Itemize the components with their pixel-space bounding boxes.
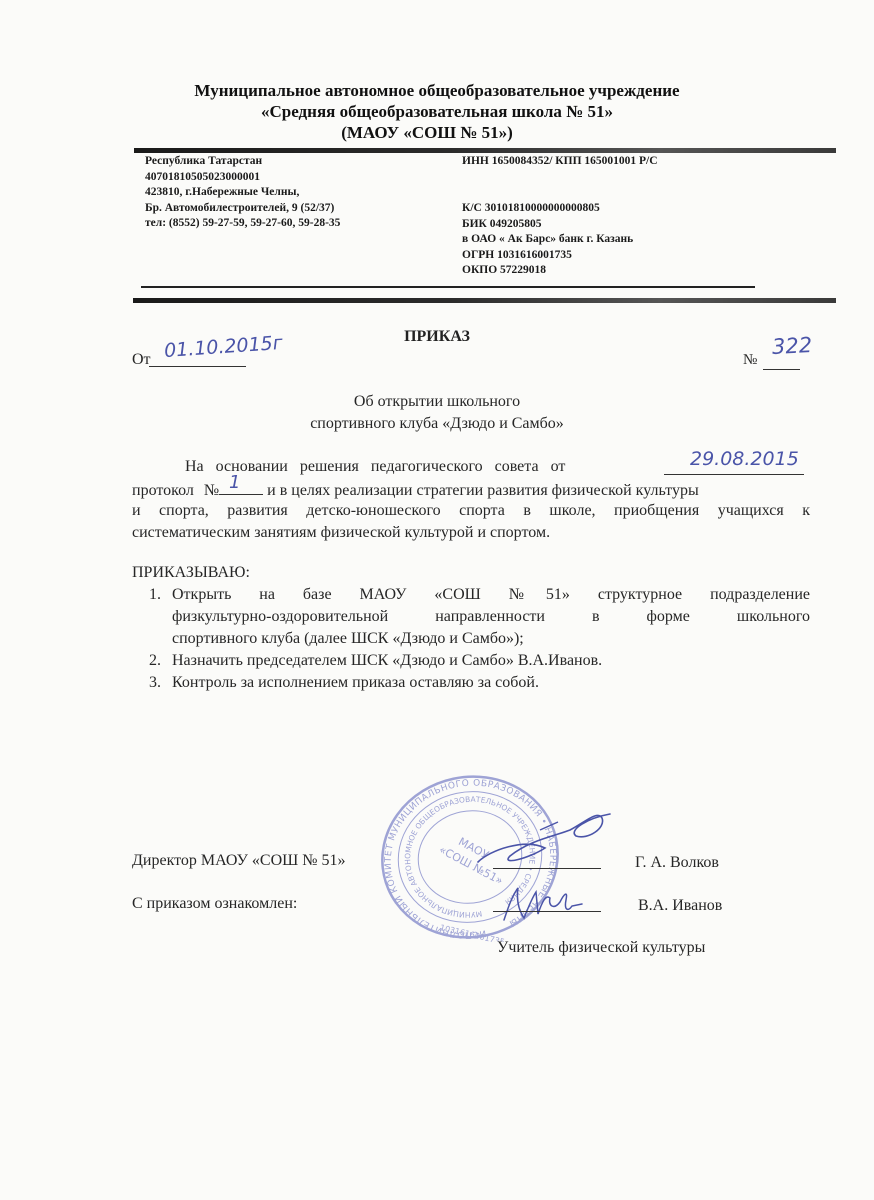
director-signature-icon xyxy=(470,800,620,875)
bik: БИК 049205805 xyxy=(462,217,633,233)
protocol-number-underline xyxy=(219,478,263,495)
director-label: Директор МАОУ «СОШ № 51» xyxy=(132,850,346,872)
org-name-line1: Муниципальное автономное общеобразовател… xyxy=(0,81,874,100)
order-subject-line1: Об открытии школьного xyxy=(0,391,874,413)
order-number-label: № xyxy=(743,349,757,371)
org-name-line2: «Средняя общеобразовательная школа № 51» xyxy=(0,102,874,121)
order-title: ПРИКАЗ xyxy=(0,328,874,346)
director-signature-line xyxy=(493,868,601,869)
letterhead-thin-rule xyxy=(141,286,755,288)
protocol-number-handwritten: 1 xyxy=(229,472,240,493)
order-date-underline xyxy=(149,366,246,367)
decree-item-1: 1. Открыть на базе МАОУ «СОШ №51» структ… xyxy=(132,584,810,650)
director-name: Г. А. Волков xyxy=(635,852,719,874)
decree-list: 1. Открыть на базе МАОУ «СОШ №51» структ… xyxy=(132,584,810,694)
org-name-line3: (МАОУ «СОШ № 51») xyxy=(0,123,864,142)
requisites-inn: ИНН 1650084352/ КПП 165001001 Р/С xyxy=(462,154,658,170)
okpo: ОКПО 57229018 xyxy=(462,263,633,279)
decree-heading: ПРИКАЗЫВАЮ: xyxy=(132,562,250,584)
postal-city: 423810, г.Набережные Челны, xyxy=(145,185,340,201)
street-address: Бр. Автомобилестроителей, 9 (52/37) xyxy=(145,201,340,217)
order-date-label: От xyxy=(132,349,151,371)
order-number-handwritten: 322 xyxy=(771,333,812,359)
ogrn: ОГРН 1031616001735 xyxy=(462,248,633,264)
order-number-underline xyxy=(763,369,800,370)
council-date-handwritten: 29.08.2015 xyxy=(690,448,799,470)
decree-item-3: 3. Контроль за исполнением приказа остав… xyxy=(132,672,810,694)
bank-name: в ОАО « Ак Барс» банк г. Казань xyxy=(462,232,633,248)
preamble-line3: и спорта, развития детско-юношеского спо… xyxy=(132,500,810,522)
region: Республика Татарстан xyxy=(145,154,340,170)
employee-signature-icon xyxy=(498,880,588,925)
requisites-left: Республика Татарстан 4070181050502300000… xyxy=(145,154,340,232)
letterhead-bottom-rule xyxy=(133,298,836,303)
phones: тел: (8552) 59-27-59, 59-27-60, 59-28-35 xyxy=(145,216,340,232)
preamble-part1: На основании решения педагогического сов… xyxy=(185,456,565,478)
acquainted-name: В.А. Иванов xyxy=(638,895,722,917)
requisites-right: К/С 30101810000000000805 БИК 049205805 в… xyxy=(462,201,633,279)
decree-item-2: 2. Назначить председателем ШСК «Дзюдо и … xyxy=(132,650,810,672)
council-date-underline xyxy=(664,474,804,475)
preamble-line4: систематическим занятиям физической куль… xyxy=(132,522,550,544)
order-subject-line2: спортивного клуба «Дзюдо и Самбо» xyxy=(0,413,874,435)
acquainted-signature-line xyxy=(493,911,601,912)
correspondent-account: К/С 30101810000000000805 xyxy=(462,201,633,217)
account-number: 40701810505023000001 xyxy=(145,170,340,186)
letterhead-top-rule xyxy=(134,148,836,153)
acquainted-position: Учитель физической культуры xyxy=(497,937,705,959)
acquainted-label: С приказом ознакомлен: xyxy=(132,893,297,915)
